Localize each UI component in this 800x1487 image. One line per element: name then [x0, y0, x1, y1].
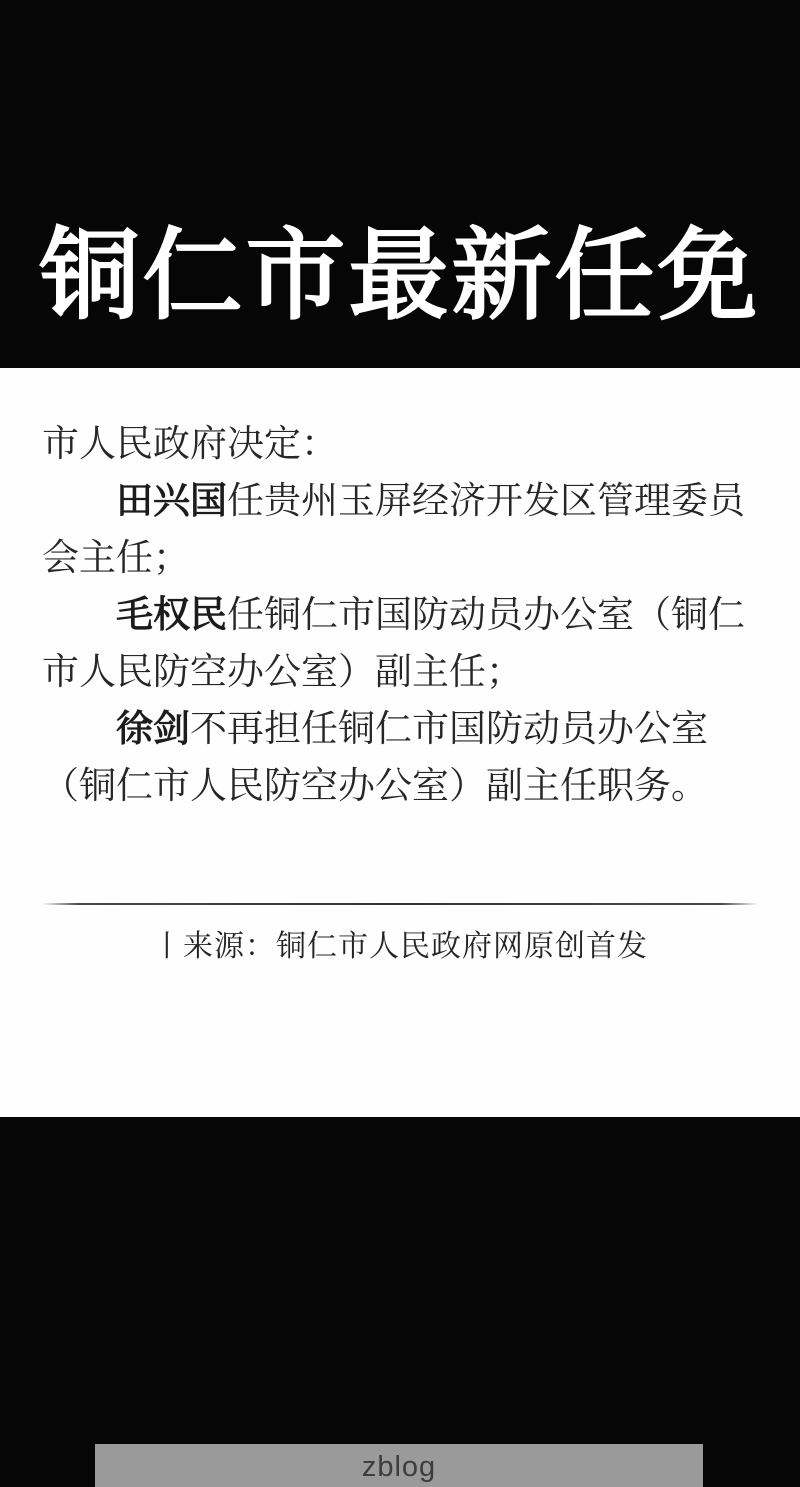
brand-watermark-bar: zblog	[95, 1444, 703, 1487]
person-name: 徐剑	[116, 708, 190, 749]
appointment-paragraph: 田兴国任贵州玉屏经济开发区管理委员会主任；	[42, 472, 758, 586]
brand-label: zblog	[362, 1453, 436, 1482]
appointment-paragraph: 徐剑不再担任铜仁市国防动员办公室（铜仁市人民防空办公室）副主任职务。	[42, 700, 758, 814]
footer-banner: zblog	[0, 1117, 800, 1487]
intro-paragraph: 市人民政府决定：	[42, 368, 758, 472]
announcement-page: 铜仁市最新任免 市人民政府决定： 田兴国任贵州玉屏经济开发区管理委员会主任； 毛…	[0, 0, 800, 1487]
person-name: 毛权民	[116, 594, 227, 635]
source-line: 丨来源：铜仁市人民政府网原创首发	[42, 924, 758, 970]
article-body: 市人民政府决定： 田兴国任贵州玉屏经济开发区管理委员会主任； 毛权民任铜仁市国防…	[0, 368, 800, 1117]
divider-line	[42, 903, 758, 905]
header-banner: 铜仁市最新任免	[0, 0, 800, 368]
page-title: 铜仁市最新任免	[40, 226, 761, 326]
appointment-paragraph: 毛权民任铜仁市国防动员办公室（铜仁市人民防空办公室）副主任；	[42, 586, 758, 700]
person-name: 田兴国	[116, 480, 227, 521]
